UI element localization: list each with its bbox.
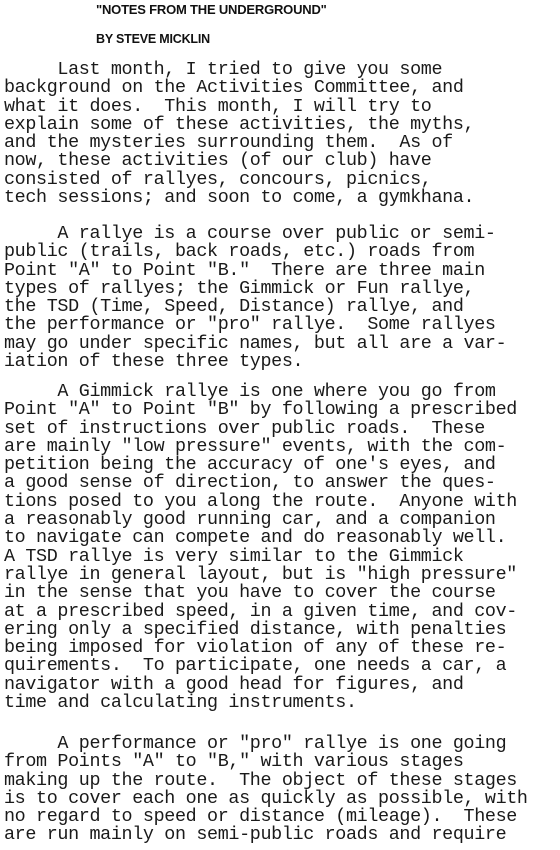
- paragraph-intro: Last month, I tried to give you someback…: [4, 61, 474, 207]
- text-line: quirements. To participate, one needs a …: [4, 657, 517, 675]
- text-line: are run mainly on semi-public roads and …: [4, 826, 528, 844]
- paragraph-rallye-definition: A rallye is a course over public or semi…: [4, 225, 506, 371]
- text-line: tech sessions; and soon to come, a gymkh…: [4, 189, 474, 207]
- text-line: background on the Activities Committee, …: [4, 79, 474, 97]
- text-line: time and calculating instruments.: [4, 694, 517, 712]
- text-line: to navigate can compete and do reasonabl…: [4, 529, 517, 547]
- paragraph-gimmick-tsd: A Gimmick rallye is one where you go fro…: [4, 383, 517, 712]
- article-byline: BY STEVE MICKLIN: [96, 32, 210, 46]
- text-line: from Points "A" to "B," with various sta…: [4, 753, 528, 771]
- text-line: iation of these three types.: [4, 353, 506, 371]
- paragraph-performance: A performance or "pro" rallye is one goi…: [4, 735, 528, 845]
- text-line: public (trails, back roads, etc.) roads …: [4, 243, 506, 261]
- text-line: in the sense that you have to cover the …: [4, 584, 517, 602]
- article-title: "NOTES FROM THE UNDERGROUND": [96, 2, 327, 17]
- text-line: Point "A" to Point "B" by following a pr…: [4, 401, 517, 419]
